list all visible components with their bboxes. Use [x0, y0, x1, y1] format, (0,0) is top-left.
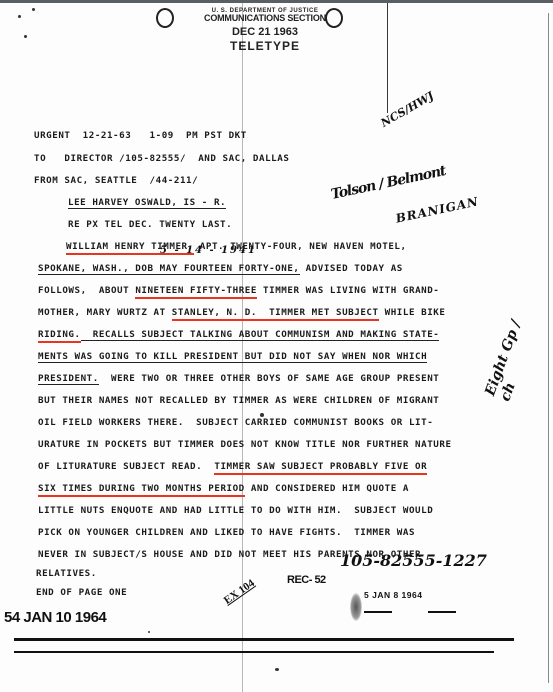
end-of-page: END OF PAGE ONE — [36, 587, 127, 599]
speck — [275, 668, 279, 671]
underlined-text: MENTS WAS GOING TO KILL PRESIDENT BUT DI… — [38, 351, 427, 363]
message-line: URGENT 12-21-63 1-09 PM PST DKT — [34, 130, 247, 142]
message-line: PICK ON YOUNGER CHILDREN AND LIKED TO HA… — [38, 527, 415, 539]
message-line: FROM SAC, SEATTLE /44-211/ — [34, 175, 198, 187]
message-line: RELATIVES. — [36, 568, 97, 580]
text-segment: APT. TWENTY-FOUR, NEW HAVEN MOTEL, — [194, 241, 407, 252]
stamp-unit: TELETYPE — [190, 39, 340, 53]
message-line: BUT THEIR NAMES NOT RECALLED BY TIMMER A… — [38, 395, 439, 407]
routing-mark — [387, 3, 388, 113]
handwritten-circle-mark — [325, 8, 343, 28]
ink-smudge — [350, 593, 362, 621]
stamp-date: DEC 21 1963 — [190, 26, 340, 38]
message-line: LEE HARVEY OSWALD, IS - R. — [68, 197, 226, 209]
message-line: TO DIRECTOR /105-82555/ AND SAC, DALLAS — [34, 153, 289, 165]
highlight: WILLIAM HENRY TIMMER, — [66, 241, 194, 255]
speck — [32, 8, 35, 11]
highlight: SIX TIMES DURING TWO MONTHS PERIOD — [38, 483, 245, 497]
underlined-text: SPOKANE, WASH., DOB MAY FOURTEEN FORTY-O… — [38, 263, 300, 275]
text-segment: AND CONSIDERED HIM QUOTE A — [245, 483, 409, 494]
ex-stamp: EX 104 — [222, 577, 257, 607]
message-line: SIX TIMES DURING TWO MONTHS PERIOD AND C… — [38, 483, 409, 495]
rec-stamp: REC- 52 — [287, 574, 326, 586]
underlined-text: PRESIDENT. — [38, 373, 99, 385]
message-line: WILLIAM HENRY TIMMER, APT. TWENTY-FOUR, … — [66, 241, 407, 253]
message-line: OF LITURATURE SUBJECT READ. TIMMER SAW S… — [38, 461, 427, 473]
text-segment: OF LITURATURE SUBJECT READ. — [38, 461, 214, 472]
text-segment: WHILE BIKE — [379, 307, 446, 318]
message-line: FOLLOWS, ABOUT NINETEEN FIFTY-THREE TIMM… — [38, 285, 439, 297]
message-line: MOTHER, MARY WURTZ AT STANLEY, N. D. TIM… — [38, 307, 445, 319]
message-line: NEVER IN SUBJECT/S HOUSE AND DID NOT MEE… — [38, 549, 421, 561]
handwritten-name: BRANIGAN — [394, 194, 480, 225]
bottom-border-line — [14, 651, 494, 653]
message-line: PRESIDENT. WERE TWO OR THREE OTHER BOYS … — [38, 373, 439, 385]
text-segment: FOLLOWS, ABOUT — [38, 285, 135, 296]
handwritten-circle-mark — [156, 8, 174, 28]
rule — [364, 611, 392, 613]
highlight: RIDING. — [38, 329, 81, 343]
message-line: RIDING. RECALLS SUBJECT TALKING ABOUT CO… — [38, 329, 439, 341]
text-segment: MOTHER, MARY WURTZ AT — [38, 307, 172, 318]
speck — [18, 15, 21, 18]
message-line: OIL FIELD WORKERS THERE. SUBJECT CARRIED… — [38, 417, 433, 429]
message-line: LITTLE NUTS ENQUOTE AND HAD LITTLE TO DO… — [38, 505, 433, 517]
speck — [260, 413, 264, 417]
highlight: NINETEEN FIFTY-THREE — [135, 285, 257, 299]
text-segment: ADVISED TODAY AS — [300, 263, 403, 274]
teletype-document: U. S. DEPARTMENT OF JUSTICE COMMUNICATIO… — [0, 3, 553, 692]
filed-stamp: 5 JAN 8 1964 — [364, 590, 422, 600]
speck — [24, 35, 27, 38]
section-label: COMMUNICATIONS SECTION — [190, 13, 340, 23]
received-stamp: 54 JAN 10 1964 — [4, 609, 106, 626]
text-segment: TIMMER WAS LIVING WITH GRAND- — [257, 285, 439, 296]
message-line: RE PX TEL DEC. TWENTY LAST. — [68, 219, 232, 231]
highlight: STANLEY, N. D. TIMMER MET SUBJECT — [172, 307, 379, 321]
subject-name: LEE HARVEY OSWALD, IS - R. — [68, 197, 226, 209]
message-line: URATURE IN POCKETS BUT TIMMER DOES NOT K… — [38, 439, 452, 451]
highlight: TIMMER SAW SUBJECT PROBABLY FIVE OR — [214, 461, 427, 475]
underlined-text: RECALLS SUBJECT TALKING ABOUT COMMUNISM … — [81, 329, 440, 341]
message-line: SPOKANE, WASH., DOB MAY FOURTEEN FORTY-O… — [38, 263, 403, 275]
communications-stamp: U. S. DEPARTMENT OF JUSTICE COMMUNICATIO… — [190, 8, 340, 53]
speck — [148, 631, 150, 633]
page-edge — [548, 13, 549, 683]
handwritten-margin-note: Eight Gp / ch — [482, 315, 540, 404]
handwritten-names: Tolson / Belmont — [330, 163, 447, 203]
rule — [428, 611, 456, 613]
message-line: MENTS WAS GOING TO KILL PRESIDENT BUT DI… — [38, 351, 427, 363]
bottom-border-line — [14, 638, 514, 641]
text-segment: WERE TWO OR THREE OTHER BOYS OF SAME AGE… — [99, 373, 440, 384]
